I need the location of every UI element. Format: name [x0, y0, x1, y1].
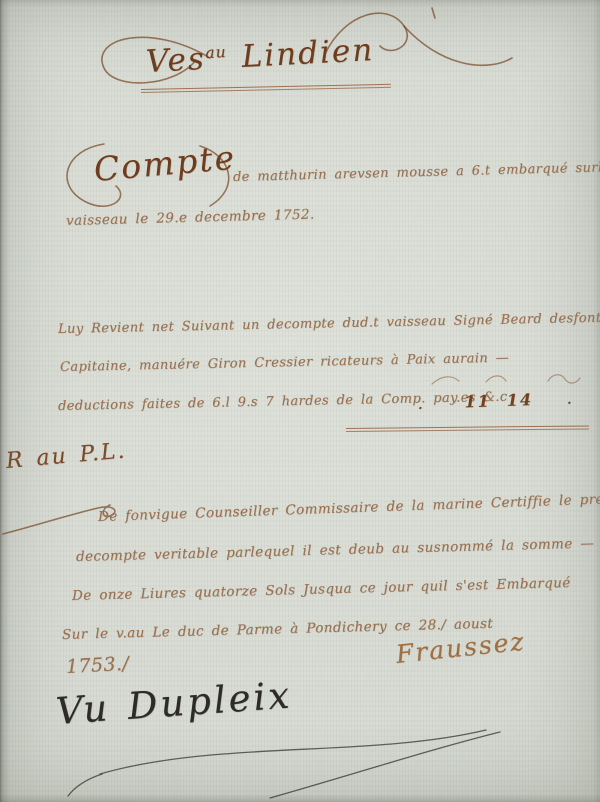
amount-sols: 14 — [506, 390, 533, 410]
amount-underline — [346, 425, 589, 432]
amount-leading-dot: . — [418, 398, 423, 412]
certificate-line-3: De onze Liures quatorze Sols Jusqua ce j… — [72, 575, 571, 604]
amount-trailing-dot: . — [567, 393, 572, 407]
title-text: Ves — [145, 41, 207, 80]
manuscript-page: Vesau Lindien Compte de matthurin arevse… — [0, 0, 600, 802]
title-rest-text: Lindien — [226, 32, 375, 76]
signature-flourish — [38, 718, 558, 800]
account-line-1: Luy Revient net Suivant un decompte dud.… — [58, 310, 600, 337]
amount-livres: 11 — [464, 391, 491, 411]
certificate-line-1: De fonvigue Counseiller Commissaire de l… — [98, 490, 600, 525]
margin-reference-note: R au P.L. — [5, 439, 128, 474]
certificate-line-2: decompte veritable parlequel il est deub… — [76, 535, 595, 565]
amount-value: .1114. — [418, 389, 572, 413]
compte-line-1: de matthurin arevsen mousse a 6.t embarq… — [233, 160, 600, 185]
certificate-year: 1753./ — [65, 653, 129, 678]
title-superscript: au — [205, 43, 227, 62]
